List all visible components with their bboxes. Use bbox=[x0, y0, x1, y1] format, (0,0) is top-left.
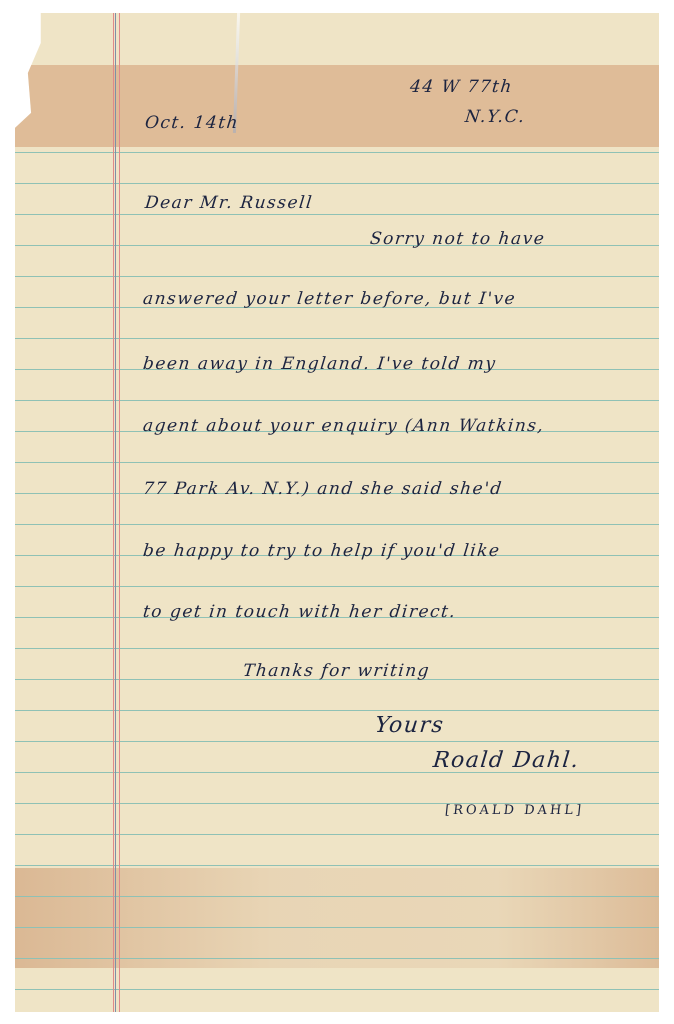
ruled-line bbox=[15, 834, 659, 835]
body-line: answered your letter before, but I've bbox=[142, 289, 517, 309]
ruled-line bbox=[15, 958, 659, 959]
margin-line bbox=[113, 13, 114, 1012]
body-line: Sorry not to have bbox=[369, 229, 546, 249]
ruled-line bbox=[15, 214, 659, 215]
bottom-discoloration-band bbox=[15, 868, 659, 968]
ruled-line bbox=[15, 741, 659, 742]
ruled-line bbox=[15, 400, 659, 401]
signature: Roald Dahl. bbox=[432, 748, 581, 773]
margin-line bbox=[115, 13, 116, 1012]
ruled-line bbox=[15, 524, 659, 525]
ruled-line bbox=[15, 710, 659, 711]
ruled-line bbox=[15, 989, 659, 990]
closing-line: Thanks for writing bbox=[242, 661, 431, 681]
body-line: agent about your enquiry (Ann Watkins, bbox=[142, 416, 546, 436]
printed-name: [ROALD DAHL] bbox=[444, 803, 585, 818]
ruled-line bbox=[15, 927, 659, 928]
ruled-line bbox=[15, 586, 659, 587]
ruled-line bbox=[15, 245, 659, 246]
valediction: Yours bbox=[374, 713, 446, 738]
body-line: 77 Park Av. N.Y.) and she said she'd bbox=[142, 479, 504, 499]
letter-paper: Oct. 14th 44 W 77th N.Y.C. Dear Mr. Russ… bbox=[15, 13, 659, 1012]
ruled-line bbox=[15, 865, 659, 866]
salutation: Dear Mr. Russell bbox=[144, 193, 314, 213]
body-line: to get in touch with her direct. bbox=[142, 602, 457, 622]
address-line-2: N.Y.C. bbox=[464, 107, 527, 127]
body-line: be happy to try to help if you'd like bbox=[142, 541, 502, 561]
ruled-line bbox=[15, 462, 659, 463]
body-line: been away in England. I've told my bbox=[142, 354, 498, 374]
address-line-1: 44 W 77th bbox=[409, 77, 514, 97]
ruled-line bbox=[15, 648, 659, 649]
margin-line bbox=[119, 13, 120, 1012]
top-discoloration-band bbox=[15, 65, 659, 147]
ruled-line bbox=[15, 338, 659, 339]
ruled-line bbox=[15, 152, 659, 153]
ruled-line bbox=[15, 183, 659, 184]
ruled-line bbox=[15, 276, 659, 277]
ruled-line bbox=[15, 896, 659, 897]
letter-date: Oct. 14th bbox=[144, 113, 240, 133]
